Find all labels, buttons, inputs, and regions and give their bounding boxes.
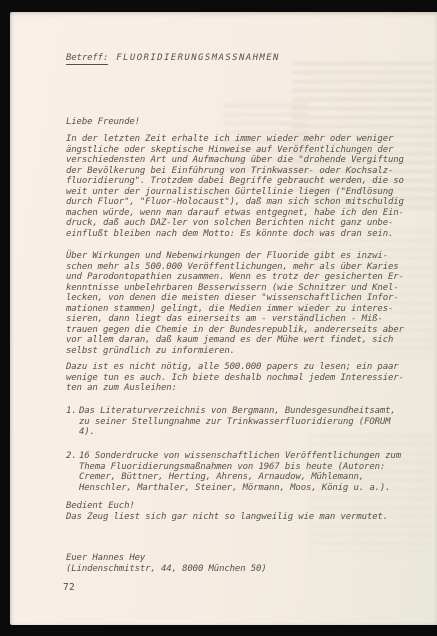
closing-lines: Bedient Euch! Das Zeug liest sich gar ni… [66, 501, 418, 522]
page-number: 72 [63, 582, 75, 593]
paragraph-2: Über Wirkungen und Nebenwirkungen der Fl… [66, 251, 418, 356]
subject-text: FLUORIDIERUNGSMASSNAHMEN [116, 53, 280, 63]
list-marker: 1. [66, 406, 79, 438]
salutation: Liebe Freunde! [66, 117, 418, 128]
list-item-1: 1. Das Literaturverzeichnis von Bergmann… [66, 406, 418, 438]
list-item-2: 2. 16 Sonderdrucke von wissenschaftliche… [66, 451, 418, 493]
photo-frame: Betreff:FLUORIDIERUNGSMASSNAHMEN Liebe F… [0, 0, 437, 636]
signature-block: Euer Hannes Hey (Lindenschmitstr, 44, 80… [66, 553, 418, 574]
list-item-text: Das Literaturverzeichnis von Bergmann, B… [79, 406, 418, 438]
list-marker: 2. [66, 451, 79, 493]
paragraph-3: Dazu ist es nicht nötig, alle 500.000 pa… [66, 362, 418, 394]
letter-page: Betreff:FLUORIDIERUNGSMASSNAHMEN Liebe F… [10, 12, 437, 625]
list-item-text: 16 Sonderdrucke von wissenschaftlichen V… [79, 451, 418, 493]
subject-label: Betreff: [66, 53, 108, 65]
subject-line: Betreff:FLUORIDIERUNGSMASSNAHMEN [66, 53, 418, 64]
paragraph-1: In der letzten Zeit erhalte ich immer wi… [66, 134, 418, 239]
